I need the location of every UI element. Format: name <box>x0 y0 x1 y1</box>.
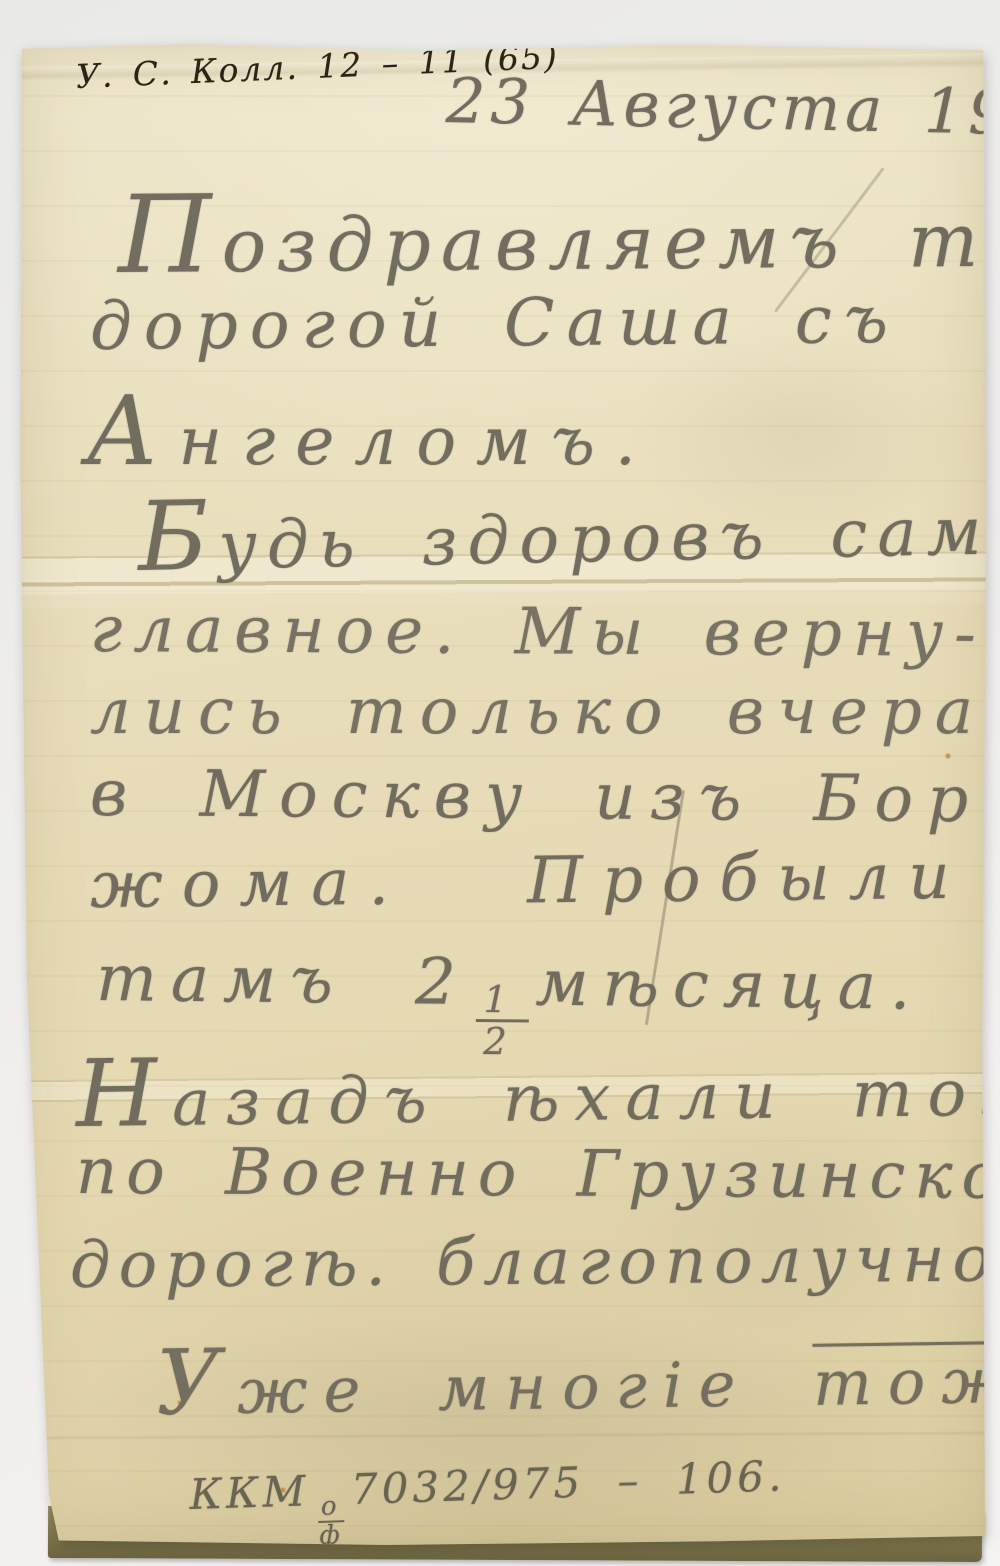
letter-date: 23 Августа 1919 <box>445 70 1000 146</box>
letter-line-4: Будь здоровъ самое <box>137 472 1000 586</box>
letter-line-12: дорогѣ. благополучно. <box>70 1227 1000 1298</box>
letter-line-8: жома. Пробыли <box>90 845 969 918</box>
fraction-numerator: 1 <box>475 982 529 1023</box>
letter-line-6: лись только вчера <box>90 680 986 744</box>
letter-line-5: главное. Мы верну- <box>90 598 987 667</box>
fund-abbreviation-top: о <box>317 1493 344 1523</box>
fund-abbreviation-stack: оф <box>317 1493 344 1549</box>
photo-background: У. С. Колл. 12 – 11 (65) 23 Августа 1919… <box>0 0 1000 1566</box>
line-13-text: Уже многіе <box>156 1348 752 1429</box>
line-13-overlined-word: тоже <box>813 1343 1000 1420</box>
museum-prefix: ККМ <box>189 1466 310 1519</box>
line-9-text-before-fraction: тамъ 2 <box>96 942 470 1020</box>
museum-inventory-number: ККМоф7032/975 – 106. <box>189 1455 787 1553</box>
letter-line-11: по Военно Грузинской <box>76 1140 1000 1209</box>
museum-number: 7032/975 – 106. <box>350 1451 786 1514</box>
paper-wrapper: У. С. Колл. 12 – 11 (65) 23 Августа 1919… <box>0 0 1000 1566</box>
letter-line-7: в Москву изъ Бор- <box>90 762 1000 832</box>
letter-line-3: Ангеломъ. <box>86 384 656 480</box>
fund-abbreviation-bottom: ф <box>319 1522 344 1549</box>
letter-line-10: Назадъ ѣхали тоже <box>75 1035 1000 1141</box>
letter-paper-sheet: У. С. Колл. 12 – 11 (65) 23 Августа 1919… <box>18 42 988 1548</box>
letter-line-2: дорогой Саша съ <box>90 287 900 360</box>
letter-line-1: Поздравляемъ тебя <box>118 175 1000 290</box>
paper-stain-speck <box>945 753 951 759</box>
letter-line-13: Уже многіе тоже <box>155 1327 1000 1430</box>
line-9-text-after-fraction: мѣсяца. <box>535 947 925 1025</box>
